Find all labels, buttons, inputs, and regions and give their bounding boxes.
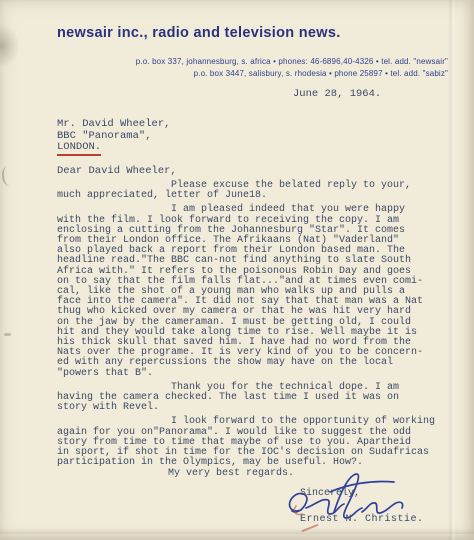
signed-name: Ernest N. Christie. [300, 514, 424, 525]
salutation: Dear David Wheeler, [57, 165, 177, 177]
letterhead-title: newsair inc., radio and television news. [57, 25, 341, 41]
scan-smudge-top-left [0, 24, 20, 68]
letterhead-address: p.o. box 337, johannesburg, s. africa • … [136, 56, 448, 79]
body-paragraph-2: I am pleased indeed that you were happy … [57, 205, 449, 378]
scan-speck [4, 333, 11, 336]
closing-line: My very best regards. [168, 468, 294, 479]
recipient-city: LONDON. [57, 142, 170, 156]
letterhead-address-line-2: p.o. box 3447, salisbury, s. rhodesia • … [136, 68, 448, 80]
body-paragraph-3: Thank you for the technical dope. I am h… [57, 383, 449, 414]
body-paragraph-1: Please excuse the belated reply to your,… [57, 181, 449, 201]
letter-body: Please excuse the belated reply to your,… [57, 181, 449, 472]
pencil-mark-left-margin [1, 165, 20, 187]
scanned-letter-paper: newsair inc., radio and television news.… [0, 0, 474, 540]
body-paragraph-4: I look forward to the opportunity of wor… [57, 417, 449, 468]
recipient-block: Mr. David Wheeler, BBC "Panorama", LONDO… [57, 119, 170, 156]
date-line: June 28, 1964. [293, 88, 381, 100]
paper-crease-right [448, 0, 456, 540]
paper-crease-bottom [0, 528, 474, 534]
recipient-city-underlined: LONDON. [57, 142, 101, 156]
letterhead-address-line-1: p.o. box 337, johannesburg, s. africa • … [136, 56, 448, 68]
recipient-name: Mr. David Wheeler, [57, 119, 170, 131]
